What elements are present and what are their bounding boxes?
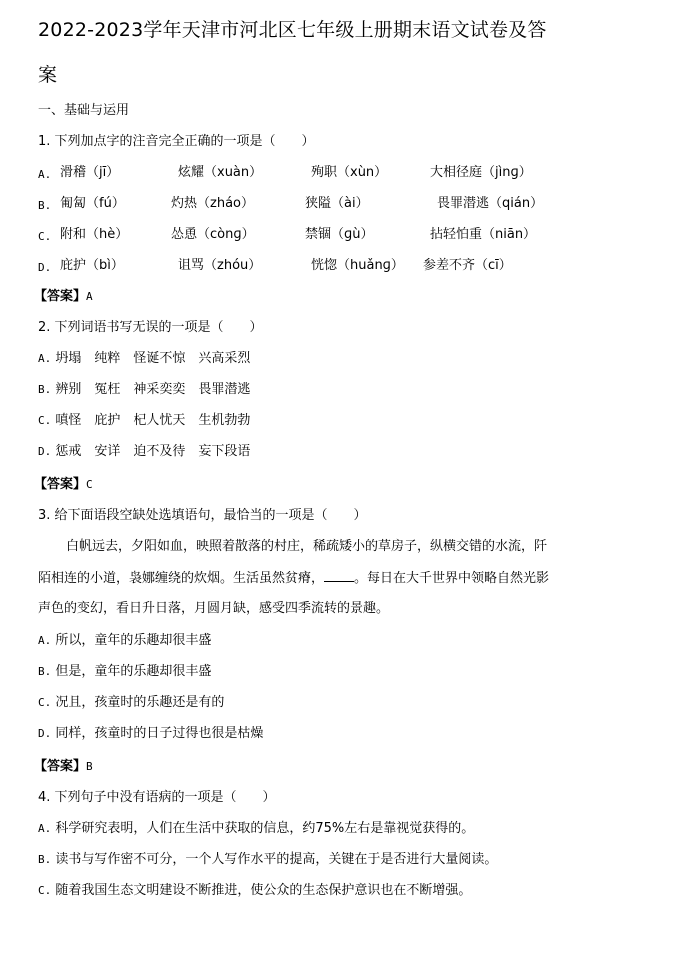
document-title: 2022-2023学年天津市河北区七年级上册期末语文试卷及答 [38, 18, 547, 42]
q1-option-a-item1: 滑稽（jī） [60, 164, 119, 182]
option-label: A. [38, 634, 51, 647]
passage-text: 陌相连的小道，袅娜缠绕的炊烟。生活虽然贫瘠， [38, 571, 324, 586]
q1-option-c-item2: 怂恿（cònɡ） [171, 226, 255, 244]
q3-passage-line1: 白帆远去，夕阳如血，映照着散落的村庄，稀疏矮小的草房子，纵横交错的水流，阡 [66, 538, 666, 556]
q1-option-b-item4: 畏罪潜逃（qián） [437, 195, 543, 213]
q1-option-b-item3: 狭隘（ài） [305, 195, 369, 213]
question-3-stem: 3. 给下面语段空缺处选填语句，最恰当的一项是（ ） [38, 507, 367, 525]
answer-value: B [86, 760, 93, 773]
question-1-stem: 1. 下列加点字的注音完全正确的一项是（ ） [38, 133, 315, 151]
option-label: A. [38, 822, 51, 835]
q1-option-a-item3: 殉职（xùn） [311, 164, 387, 182]
option-label: C. [38, 414, 51, 427]
passage-text: 。每日在大千世界中领略自然光影 [354, 571, 549, 586]
option-label: B. [38, 383, 51, 396]
q1-option-b-item2: 灼热（zháo） [171, 195, 254, 213]
q1-option-a-item2: 炫耀（xuàn） [178, 164, 262, 182]
option-text: 况且，孩童时的乐趣还是有的 [55, 695, 224, 710]
q1-option-b-item1: 匍匐（fú） [60, 195, 125, 213]
option-text: 随着我国生态文明建设不断推进，使公众的生态保护意识也在不断增强。 [55, 883, 471, 898]
option-text: 同样，孩童时的日子过得也很是枯燥 [55, 726, 263, 741]
q1-option-c-item3: 禁锢（ɡù） [305, 226, 374, 244]
question-1-answer: 【答案】A [34, 288, 93, 306]
q1-option-b-label: B. [38, 197, 51, 215]
answer-value: C [86, 478, 93, 491]
question-2-answer: 【答案】C [34, 476, 93, 494]
answer-prefix: 【答案】 [34, 759, 86, 774]
question-3-answer: 【答案】B [34, 758, 93, 776]
option-label: D. [38, 727, 51, 740]
option-label: A. [38, 352, 51, 365]
q3-option-c: C. 况且，孩童时的乐趣还是有的 [38, 694, 224, 712]
fill-blank [324, 569, 354, 582]
q3-passage-line2: 陌相连的小道，袅娜缠绕的炊烟。生活虽然贫瘠，。每日在大千世界中领略自然光影 [38, 569, 638, 588]
option-text: 辨别 冤枉 神采奕奕 畏罪潜逃 [55, 382, 250, 397]
q1-option-c-label: C. [38, 228, 51, 246]
answer-prefix: 【答案】 [34, 289, 86, 304]
q3-option-a: A. 所以，童年的乐趣却很丰盛 [38, 632, 211, 650]
question-2-stem: 2. 下列词语书写无误的一项是（ ） [38, 319, 263, 337]
document-title-continued: 案 [38, 63, 57, 87]
q1-option-a-item4: 大相径庭（jìnɡ） [430, 164, 532, 182]
q1-option-c-item4: 拈轻怕重（niān） [430, 226, 536, 244]
answer-prefix: 【答案】 [34, 477, 86, 492]
question-4-stem: 4. 下列句子中没有语病的一项是（ ） [38, 789, 276, 807]
document-page: 2022-2023学年天津市河北区七年级上册期末语文试卷及答 案 一、基础与运用… [0, 0, 673, 957]
q2-option-d: D. 惩戒 安详 迫不及待 妄下段语 [38, 443, 250, 461]
q1-option-a-label: A. [38, 166, 51, 184]
q3-option-d: D. 同样，孩童时的日子过得也很是枯燥 [38, 725, 263, 743]
option-text: 读书与写作密不可分，一个人写作水平的提高，关键在于是否进行大量阅读。 [55, 852, 497, 867]
section-heading: 一、基础与运用 [38, 102, 129, 120]
option-text: 科学研究表明，人们在生活中获取的信息，约75%左右是靠视觉获得的。 [55, 821, 474, 836]
q4-option-b: B. 读书与写作密不可分，一个人写作水平的提高，关键在于是否进行大量阅读。 [38, 851, 497, 869]
answer-value: A [86, 290, 93, 303]
option-label: C. [38, 696, 51, 709]
q4-option-c: C. 随着我国生态文明建设不断推进，使公众的生态保护意识也在不断增强。 [38, 882, 471, 900]
option-label: B. [38, 665, 51, 678]
option-label: C. [38, 884, 51, 897]
option-label: B. [38, 853, 51, 866]
q3-option-b: B. 但是，童年的乐趣却很丰盛 [38, 663, 211, 681]
option-text: 但是，童年的乐趣却很丰盛 [55, 664, 211, 679]
q1-option-d-label: D. [38, 259, 51, 277]
option-text: 惩戒 安详 迫不及待 妄下段语 [55, 444, 250, 459]
option-text: 所以，童年的乐趣却很丰盛 [55, 633, 211, 648]
q1-option-d-item1: 庇护（bì） [60, 257, 124, 275]
q4-option-a: A. 科学研究表明，人们在生活中获取的信息，约75%左右是靠视觉获得的。 [38, 820, 474, 838]
q1-option-d-item3: 恍惚（huǎnɡ） [311, 257, 404, 275]
q2-option-c: C. 嗔怪 庇护 杞人忧天 生机勃勃 [38, 412, 250, 430]
option-label: D. [38, 445, 51, 458]
q1-option-d-item4: 参差不齐（cī） [423, 257, 512, 275]
q1-option-d-item2: 诅骂（zhóu） [178, 257, 261, 275]
q1-option-c-item1: 附和（hè） [60, 226, 128, 244]
q3-passage-line3: 声色的变幻，看日升日落，月圆月缺，感受四季流转的景趣。 [38, 600, 638, 618]
q2-option-b: B. 辨别 冤枉 神采奕奕 畏罪潜逃 [38, 381, 250, 399]
option-text: 嗔怪 庇护 杞人忧天 生机勃勃 [55, 413, 250, 428]
option-text: 坍塌 纯粹 怪诞不惊 兴高采烈 [55, 351, 250, 366]
q2-option-a: A. 坍塌 纯粹 怪诞不惊 兴高采烈 [38, 350, 250, 368]
